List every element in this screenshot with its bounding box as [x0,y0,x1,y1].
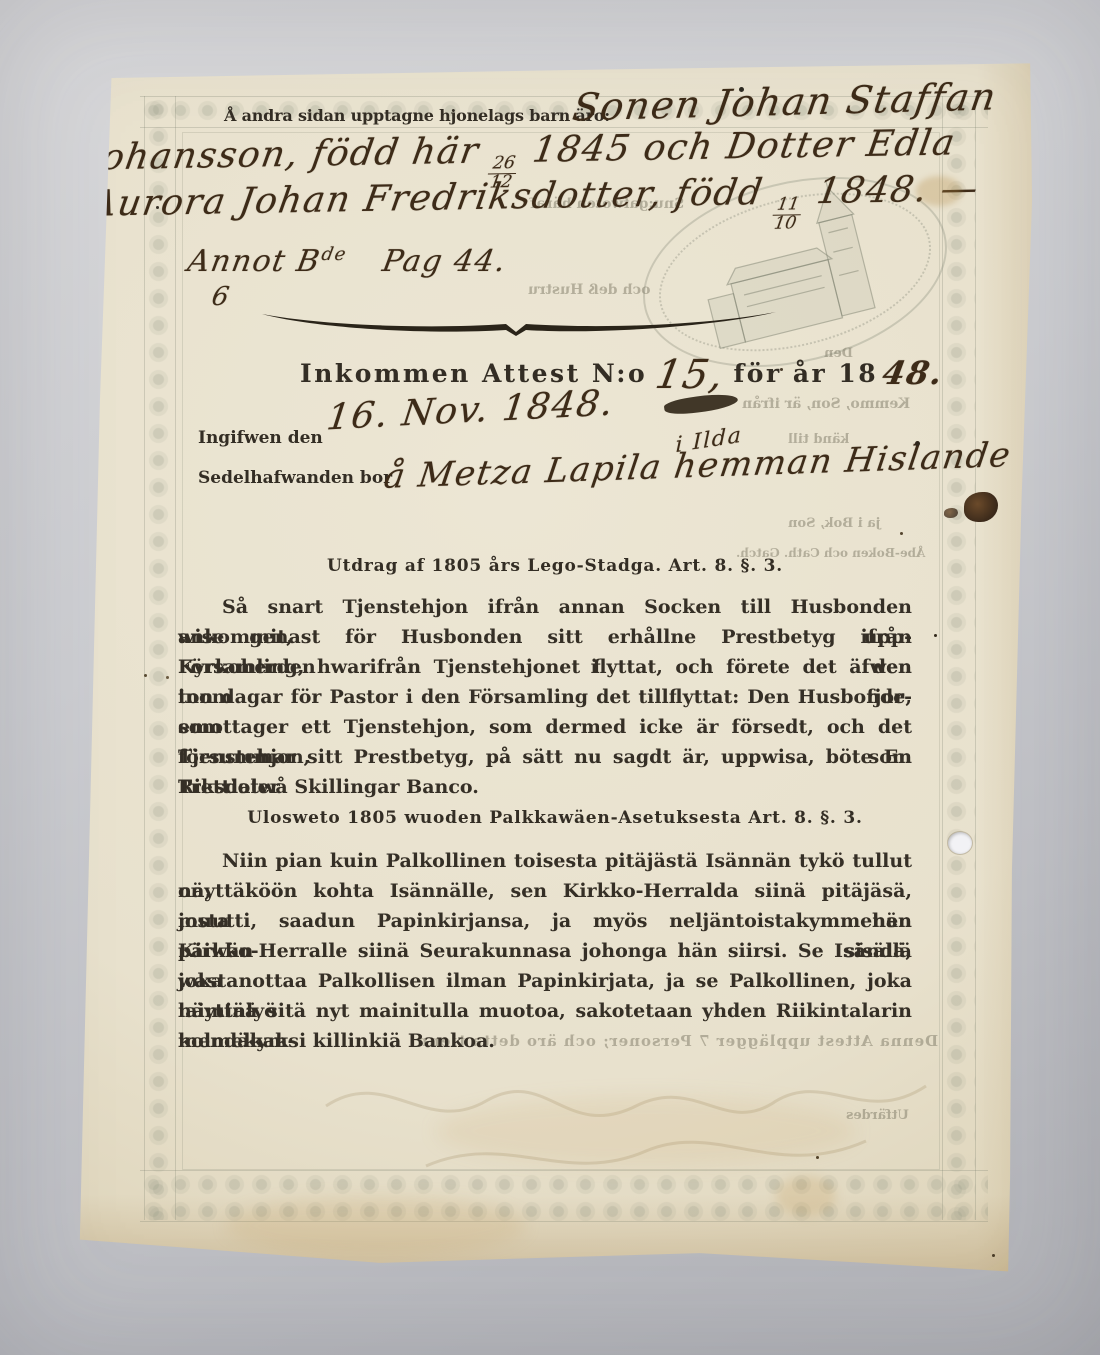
paragraph-line: ton dagar för Pastor i den Församling de… [178,682,912,712]
paragraph-line: muutti, saadun Papinkirjansa, ja myös ne… [178,906,912,936]
paragraph-line: Kirkko-Herralle siinä Seurakunnasa johon… [178,936,912,966]
annotation-superscript: de [320,244,349,265]
attest-year-handwritten: 48. [880,354,947,392]
bleedthrough-text: Kemmo, Son, är ifrån [742,396,910,412]
printed-intro-line: Å andra sidan upptagne hjonelags barn är… [224,106,610,125]
paragraph-line: Trettiotwå Skillingar Banco. [178,772,912,802]
photo-of-document: Snu:gafwoten häraf och deß Hustru Den Ke… [0,0,1100,1355]
bleedthrough-text: och deß Hustru [528,282,650,298]
paragraph-line: försummar sitt Prestbetyg, på sätt nu sa… [178,742,912,772]
paragraph-line: Församling, hwarifrån Tjenstehjonet flyt… [178,652,912,682]
decorative-brace-rule [254,306,784,336]
attest-number-handwritten: 15, [652,352,728,398]
handwriting-text: Johansson, född här [83,131,482,179]
paragraph-line: mendäkaksi killinkiä Bankoa. [178,1026,912,1056]
annotation-text: Annot B [185,244,324,279]
paragraph-line: Niin pian kuin Palkollinen toisesta pitä… [178,846,912,876]
paragraph-line: näyttäköön kohta Isännälle, sen Kirkko-H… [178,876,912,906]
attest-printed-middle: för år 18 [734,359,879,388]
paragraph-line: Så snart Tjenstehjon ifrån annan Socken … [178,592,912,622]
handwriting-text: 1848. — [814,168,982,212]
bearer-label: Sedelhafwanden bor [198,468,392,488]
paragraph-line: näyttää sitä nyt mainitulla muotoa, sako… [178,996,912,1026]
punch-hole [948,832,972,854]
annotation-page: Pag 44. [380,244,510,279]
finnish-paragraph: Niin pian kuin Palkollinen toisesta pitä… [178,846,912,1056]
date-fraction: 1110 [770,196,804,233]
paragraph-line: emottager ett Tjenstehjon, som dermed ic… [178,712,912,742]
finnish-section-heading: Ulosweto 1805 wuoden Palkkawäen-Asetukse… [76,808,1034,828]
bleedthrough-handwriting [306,1046,946,1206]
received-label: Ingifwen den [198,428,323,448]
border-band-left [144,96,176,1220]
foxing-specks [156,206,159,209]
ink-blot [964,492,998,522]
bleedthrough-text: ja i Bok, Son [788,516,880,531]
handwriting-text: 1845 och Dotter Edla [530,122,959,170]
document-paper: Snu:gafwoten häraf och deß Hustru Den Ke… [76,56,1034,1280]
swedish-section-heading: Utdrag af 1805 års Lego-Stadga. Art. 8. … [76,556,1034,576]
paragraph-line: wastanottaa Palkollisen ilman Papinkirja… [178,966,912,996]
swedish-paragraph: Så snart Tjenstehjon ifrån annan Socken … [178,592,912,802]
archival-annotation: Annot Bde Pag 44. [185,244,510,279]
paragraph-line: wise genast för Husbonden sitt erhållne … [178,622,912,652]
attest-number-line: Inkommen Attest N:o 15, för år 18 48. [300,352,943,398]
